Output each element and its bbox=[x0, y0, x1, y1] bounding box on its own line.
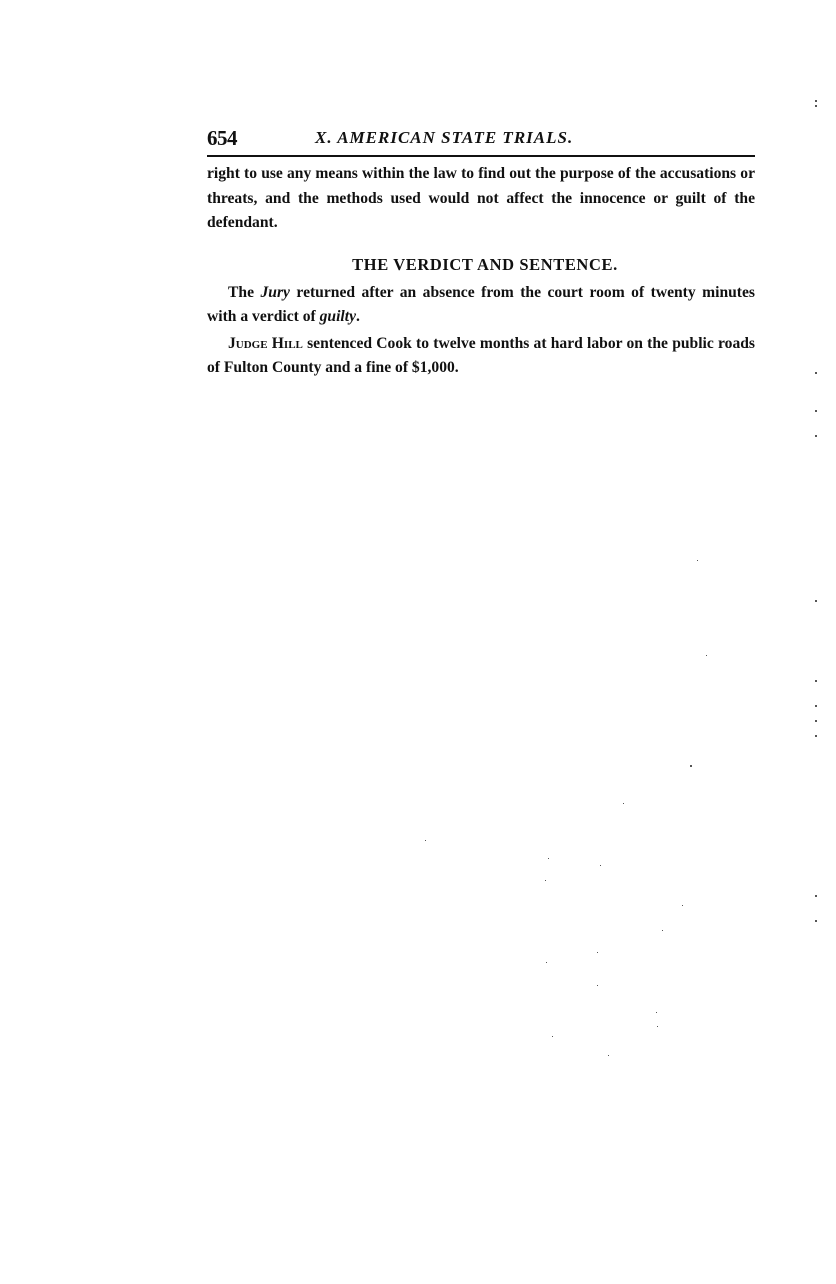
scan-speck bbox=[546, 962, 547, 963]
scan-speck bbox=[662, 930, 663, 931]
scan-speck bbox=[425, 840, 426, 841]
running-title: X. AMERICAN STATE TRIALS. bbox=[315, 128, 573, 148]
scan-speck bbox=[657, 1026, 658, 1027]
section-heading: THE VERDICT AND SENTENCE. bbox=[207, 255, 755, 275]
scan-speck bbox=[815, 372, 817, 374]
scan-speck bbox=[815, 105, 817, 107]
scan-speck bbox=[815, 720, 817, 722]
running-head: 654 X. AMERICAN STATE TRIALS. bbox=[207, 122, 755, 154]
verdict-text-middle: returned after an absence from the court… bbox=[207, 284, 755, 326]
scan-speck bbox=[682, 905, 683, 906]
scan-speck bbox=[706, 655, 707, 656]
scan-speck bbox=[815, 735, 817, 737]
scan-speck bbox=[552, 1036, 553, 1037]
sentence-paragraph: Judge Hill sentenced Cook to twelve mont… bbox=[207, 332, 755, 381]
verdict-paragraph: The Jury returned after an absence from … bbox=[207, 281, 755, 330]
page-number: 654 bbox=[207, 126, 237, 151]
continuation-paragraph: right to use any means within the law to… bbox=[207, 162, 755, 236]
scan-speck bbox=[815, 895, 817, 897]
judge-name: Judge Hill bbox=[228, 335, 303, 352]
guilty-emphasis: guilty bbox=[320, 308, 356, 325]
scan-speck bbox=[815, 410, 817, 412]
verdict-text-after: . bbox=[356, 308, 360, 325]
scan-speck bbox=[600, 865, 601, 866]
book-page: 654 X. AMERICAN STATE TRIALS. right to u… bbox=[207, 122, 755, 383]
scan-speck bbox=[548, 858, 549, 859]
scan-speck bbox=[815, 435, 817, 437]
scan-speck bbox=[815, 705, 817, 707]
scan-speck bbox=[815, 920, 817, 922]
scan-speck bbox=[815, 680, 817, 682]
scan-speck bbox=[815, 100, 817, 102]
scan-speck bbox=[608, 1055, 609, 1056]
scan-speck bbox=[597, 952, 598, 953]
scan-speck bbox=[697, 560, 698, 561]
scan-speck bbox=[815, 600, 817, 602]
scan-speck bbox=[656, 1012, 657, 1013]
jury-emphasis: Jury bbox=[260, 284, 289, 301]
verdict-text-before: The bbox=[228, 284, 260, 301]
scan-speck bbox=[623, 803, 624, 804]
header-rule bbox=[207, 155, 755, 157]
scan-speck bbox=[690, 765, 692, 767]
scan-speck bbox=[545, 880, 546, 881]
scan-speck bbox=[597, 985, 598, 986]
